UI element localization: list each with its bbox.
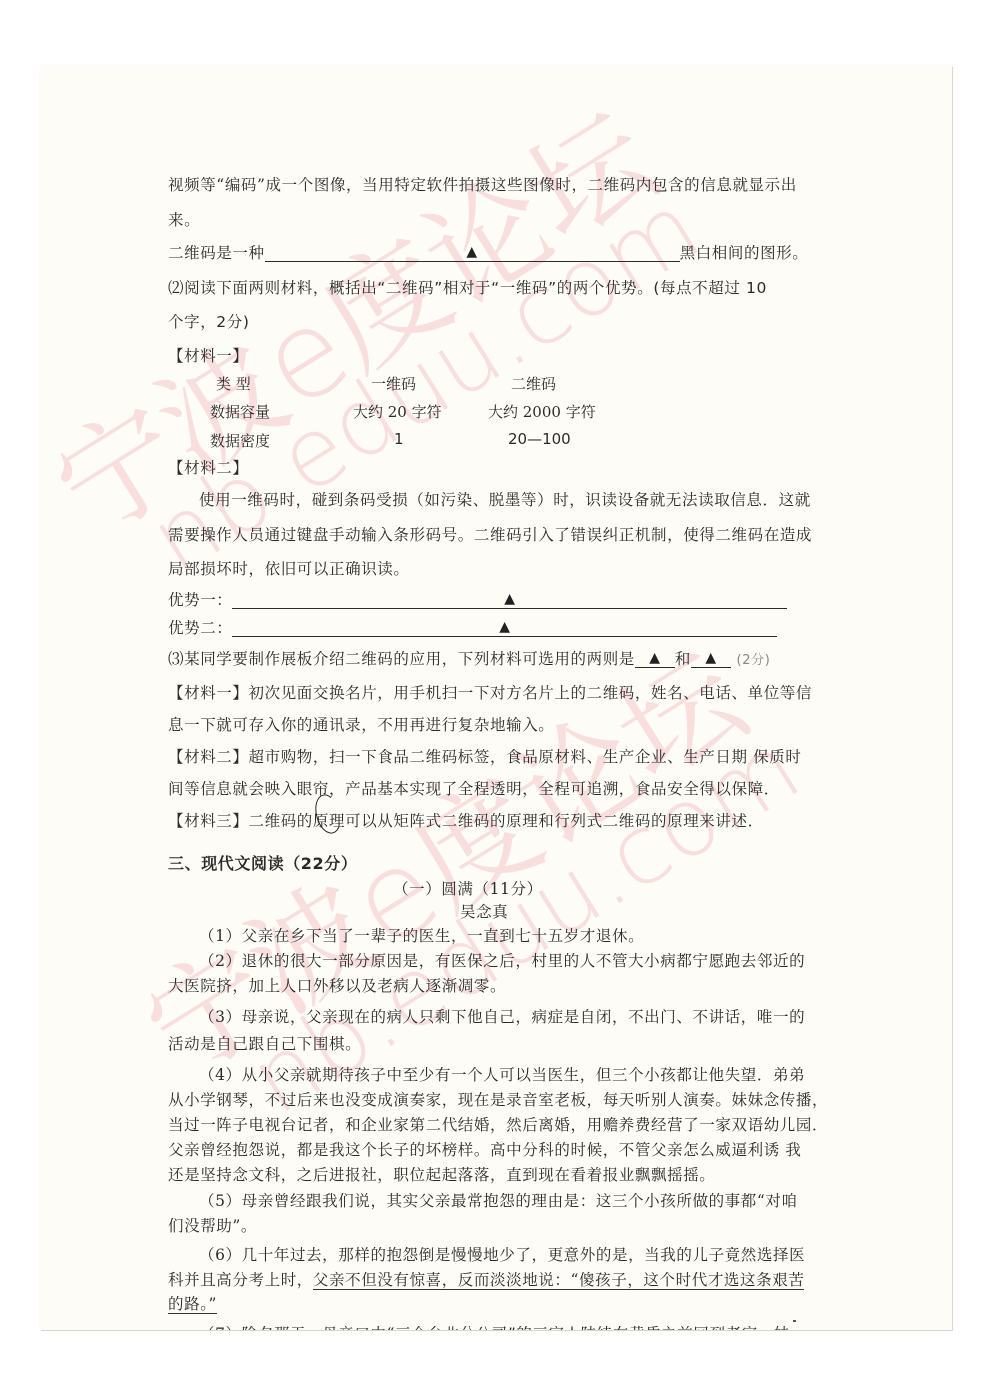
paragraph-6: 科并且高分考上时，父亲不但没有惊喜，反而淡淡地说：“傻孩子，这个时代才选这条艰苦 bbox=[168, 1270, 804, 1290]
paragraph-6-plain: 科并且高分考上时， bbox=[168, 1271, 313, 1289]
question-2-line: ⑵阅读下面两则材料，概括出“二维码”相对于“一维码”的两个优势。(每点不超过 1… bbox=[168, 278, 767, 298]
q3-answer-blank-1[interactable]: ▲ bbox=[635, 649, 675, 668]
scanned-exam-page: 宁波e度论坛 nb.eduu.com 宁波e度论坛 nb.eduu.com 视频… bbox=[40, 66, 952, 1330]
q3-material-1: 息一下就可存入你的通讯录，不用再进行复杂地输入。 bbox=[168, 715, 554, 735]
passage-line: 来。 bbox=[168, 210, 200, 230]
advantage-2-blank[interactable]: ▲ bbox=[232, 618, 777, 637]
paragraph-4: 当过一阵子电视台记者，和企业家第二代结婚，然后离婚，用赡养费经营了一家双语幼儿园… bbox=[168, 1115, 828, 1135]
material-label: 【材料二】 bbox=[168, 458, 249, 478]
q3-material-3: 【材料三】二维码的原理可以从矩阵式二维码的原理和行列式二维码的原理来讲述． bbox=[168, 811, 764, 831]
answer-triangle-icon: ▲ bbox=[466, 244, 477, 260]
paragraph-4: 还是坚持念文科，之后进报社，职位起起落落，直到现在看着报业飘飘摇摇。 bbox=[168, 1165, 715, 1185]
q3-material-2: 【材料二】超市购物，扫一下食品二维码标签，食品原材料、生产企业、生产日期 保质时 bbox=[168, 747, 801, 767]
q1-answer-blank[interactable]: ▲ bbox=[265, 243, 680, 262]
scan-speck bbox=[793, 1320, 796, 1322]
table-header: 类 型 bbox=[216, 373, 251, 394]
answer-triangle-icon: ▲ bbox=[705, 650, 716, 666]
underlined-sentence: 父亲不但没有惊喜，反而淡淡地说：“傻孩子，这个时代才选这条艰苦 bbox=[313, 1271, 805, 1290]
table-cell: 数据密度 bbox=[210, 430, 270, 451]
underlined-sentence: 的路。” bbox=[168, 1295, 217, 1314]
q1-prefix: 二维码是一种 bbox=[168, 244, 265, 262]
paragraph-4: （4）从小父亲就期待孩子中至少有一个人可以当医生，但三个小孩都让他失望．弟弟 bbox=[168, 1065, 805, 1085]
article-author: 吴念真 bbox=[460, 902, 508, 922]
question-2-line: 个字，2分) bbox=[168, 312, 250, 332]
q3-conj: 和 bbox=[675, 650, 691, 668]
material-text: 局部损坏时，依旧可以正确识读。 bbox=[168, 559, 410, 579]
q3-score: (2分) bbox=[737, 653, 771, 668]
material-text: 需要操作人员通过键盘手动输入条形码号。二维码引入了错误纠正机制，使得二维码在造成 bbox=[168, 525, 812, 545]
answer-triangle-icon: ▲ bbox=[504, 591, 515, 607]
table-header: 二维码 bbox=[511, 373, 556, 394]
article-title: （一）圆满（11分） bbox=[393, 879, 543, 899]
q3-material-1: 【材料一】初次见面交换名片，用手机扫一下对方名片上的二维码，姓名、电话、单位等信 bbox=[168, 683, 812, 703]
paragraph-2: （2）退休的很大一部分原因是，有医保之后，村里的人不管大小病都宁愿跑去邻近的 bbox=[168, 951, 805, 971]
advantage-2-label: 优势二： bbox=[168, 619, 232, 637]
advantage-2: 优势二：▲ bbox=[168, 618, 777, 638]
paragraph-7: （7）除夕那天，母亲口中“三个台北分公司”的三家人陆续在黄昏之前回到老家．妹 bbox=[168, 1324, 790, 1330]
advantage-1-label: 优势一： bbox=[168, 591, 232, 609]
material-text: 使用一维码时，碰到条码受损（如污染、脱墨等）时，识读设备就无法读取信息．这就 bbox=[168, 490, 811, 510]
table-cell: 大约 2000 字符 bbox=[488, 401, 596, 422]
table-cell: 大约 20 字符 bbox=[353, 401, 442, 422]
advantage-1-blank[interactable]: ▲ bbox=[232, 590, 787, 609]
q3-prefix: ⑶某同学要制作展板介绍二维码的应用，下列材料可选用的两则是 bbox=[168, 650, 635, 668]
paragraph-4: 父亲曾经抱怨说，都是我这个长子的坏榜样。高中分科的时候，不管父亲怎么威逼利诱 我 bbox=[168, 1140, 801, 1160]
table-cell: 1 bbox=[394, 430, 404, 448]
passage-line: 视频等“编码”成一个图像，当用特定软件拍摄这些图像时，二维码内包含的信息就显示出 bbox=[168, 175, 797, 195]
paragraph-3: 活动是自己跟自己下围棋。 bbox=[168, 1034, 361, 1054]
paragraph-2: 大医院挤，加上人口外移以及老病人逐渐凋零。 bbox=[168, 976, 506, 996]
paragraph-6: （6）几十年过去，那样的抱怨倒是慢慢地少了，更意外的是，当我的儿子竟然选择医 bbox=[168, 1245, 805, 1265]
answer-triangle-icon: ▲ bbox=[649, 650, 660, 666]
q1-suffix: 黑白相间的图形。 bbox=[680, 244, 809, 262]
question-1: 二维码是一种▲黑白相间的图形。 bbox=[168, 243, 808, 263]
paragraph-3: （3）母亲说，父亲现在的病人只剩下他自己，病症是自闭，不出门、不讲话，唯一的 bbox=[168, 1007, 805, 1027]
paragraph-6: 的路。” bbox=[168, 1294, 217, 1314]
answer-triangle-icon: ▲ bbox=[499, 619, 510, 635]
paragraph-4: 从小学钢琴，不过后来也没变成演奏家，现在是录音室老板，每天听别人演奏。妹妹念传播… bbox=[168, 1090, 828, 1110]
paragraph-5: 们没帮助”。 bbox=[168, 1216, 257, 1236]
q3-answer-blank-2[interactable]: ▲ bbox=[691, 649, 731, 668]
paragraph-5: （5）母亲曾经跟我们说，其实父亲最常抱怨的理由是：这三个小孩所做的事都“对咱 bbox=[168, 1191, 798, 1211]
table-cell: 20—100 bbox=[508, 430, 571, 448]
paragraph-1: （1）父亲在乡下当了一辈子的医生，一直到七十五岁才退休。 bbox=[168, 926, 644, 946]
section-heading: 三、现代文阅读（22分） bbox=[168, 854, 357, 874]
question-3: ⑶某同学要制作展板介绍二维码的应用，下列材料可选用的两则是▲和▲ (2分) bbox=[168, 649, 770, 671]
advantage-1: 优势一：▲ bbox=[168, 590, 787, 610]
table-header: 一维码 bbox=[371, 373, 416, 394]
material-label: 【材料一】 bbox=[168, 346, 249, 366]
table-cell: 数据容量 bbox=[210, 401, 270, 422]
q3-material-2: 间等信息就会映入眼帘，产品基本实现了全程透明，全程可追溯，食品安全得以保障． bbox=[168, 779, 780, 799]
